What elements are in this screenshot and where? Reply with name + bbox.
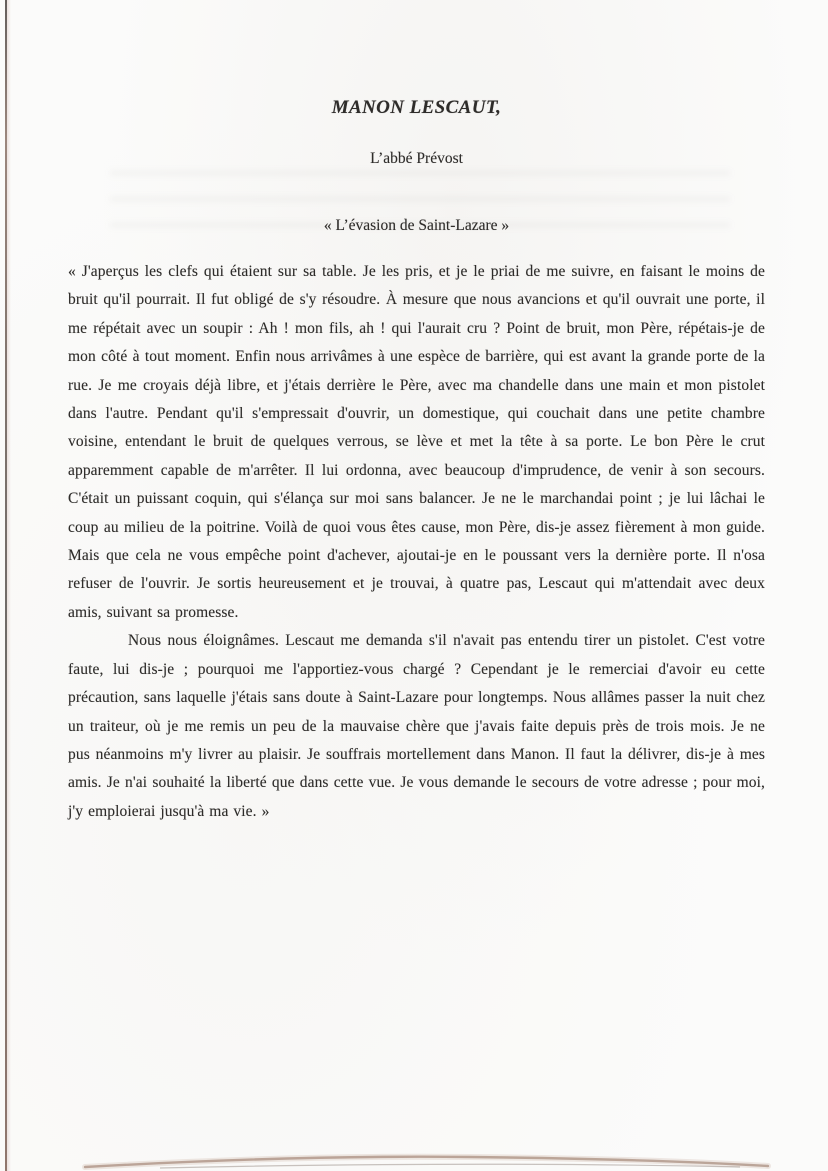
document-content: MANON LESCAUT, L’abbé Prévost « L’évasio… xyxy=(68,0,765,826)
body-text: « J'aperçus les clefs qui étaient sur sa… xyxy=(68,258,765,826)
page-bottom-curl-shadow xyxy=(0,1141,828,1171)
scan-left-edge-halo xyxy=(7,0,11,1171)
scanned-document-page: MANON LESCAUT, L’abbé Prévost « L’évasio… xyxy=(0,0,828,1171)
section-heading: « L’évasion de Saint-Lazare » xyxy=(68,214,765,238)
paragraph: Nous nous éloignâmes. Lescaut me demanda… xyxy=(68,627,765,826)
author-line: L’abbé Prévost xyxy=(68,148,765,170)
paragraph: « J'aperçus les clefs qui étaient sur sa… xyxy=(68,258,765,627)
page-title: MANON LESCAUT, xyxy=(68,96,765,120)
